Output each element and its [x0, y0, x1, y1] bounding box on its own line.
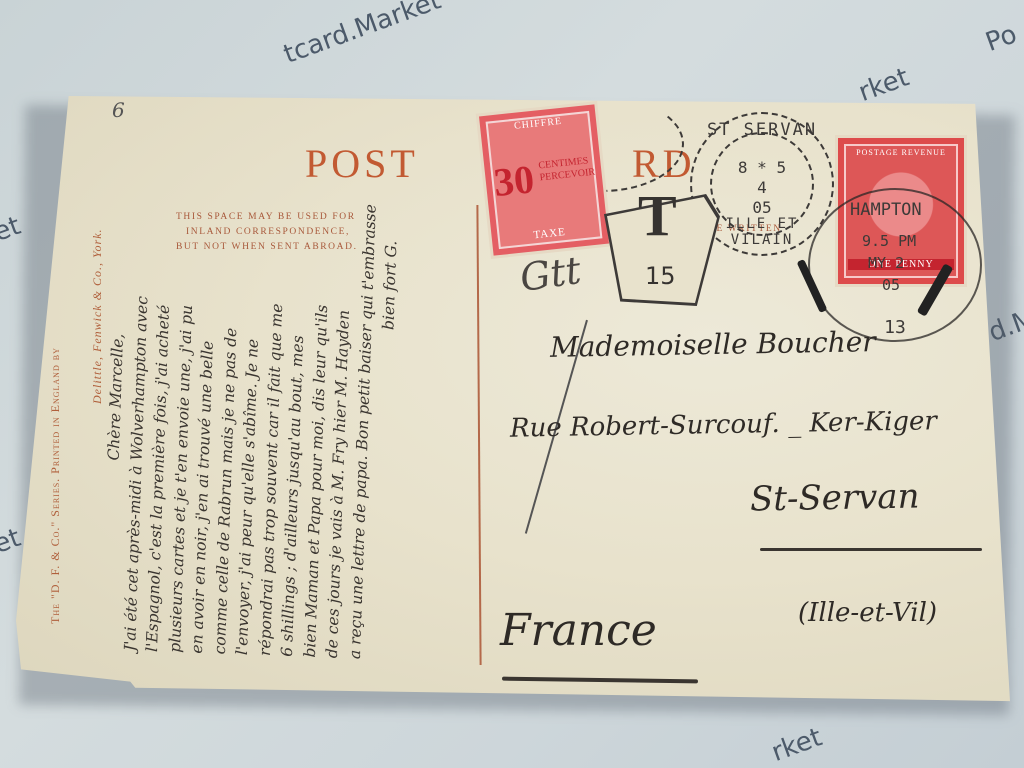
recipient-country: France: [500, 605, 657, 656]
postmark-year: 05: [882, 276, 900, 294]
postmark-date: MY 2: [868, 254, 904, 272]
hampton-postmark: HAMPTON 9.5 PM MY 2 05 13: [808, 188, 982, 342]
french-postage-due-stamp: CHIFFRE 30 CENTIMES PERCEVOIR TAXE: [479, 104, 609, 255]
postmark-date-line: 8 * 5: [692, 158, 832, 178]
tax-letter: T: [638, 182, 677, 249]
town-underline: [760, 548, 982, 551]
stamp-top-text: POSTAGE REVENUE: [838, 148, 964, 157]
printer-imprint: Delittle, Fenwick & Co., York.: [90, 228, 105, 404]
publisher-imprint: The "D. F. & Co." Series. Printed in Eng…: [48, 347, 63, 624]
postmark-time: 9.5 PM: [862, 232, 916, 250]
handwritten-message: Chère Marcelle, J'ai été cet après-midi …: [96, 90, 408, 660]
recipient-town: St-Servan: [750, 477, 920, 520]
recipient-name: Mademoiselle Boucher: [550, 325, 876, 364]
pencil-scribble: Gtt: [517, 248, 583, 300]
watermark-text: Po: [982, 19, 1021, 58]
watermark-text: rket: [855, 62, 913, 108]
stamp-value: 30: [492, 155, 537, 206]
watermark-text: et: [0, 211, 25, 248]
postmark-town: ST SERVAN: [692, 120, 832, 140]
tax-amount: 15: [645, 262, 676, 290]
watermark-text: rket: [768, 722, 826, 768]
recipient-department: (Ille-et-Vil): [798, 598, 937, 628]
postmark-date-line: 4: [692, 178, 832, 198]
watermark-text: tcard.Market: [280, 0, 445, 70]
postmark-town: HAMPTON: [850, 200, 922, 220]
